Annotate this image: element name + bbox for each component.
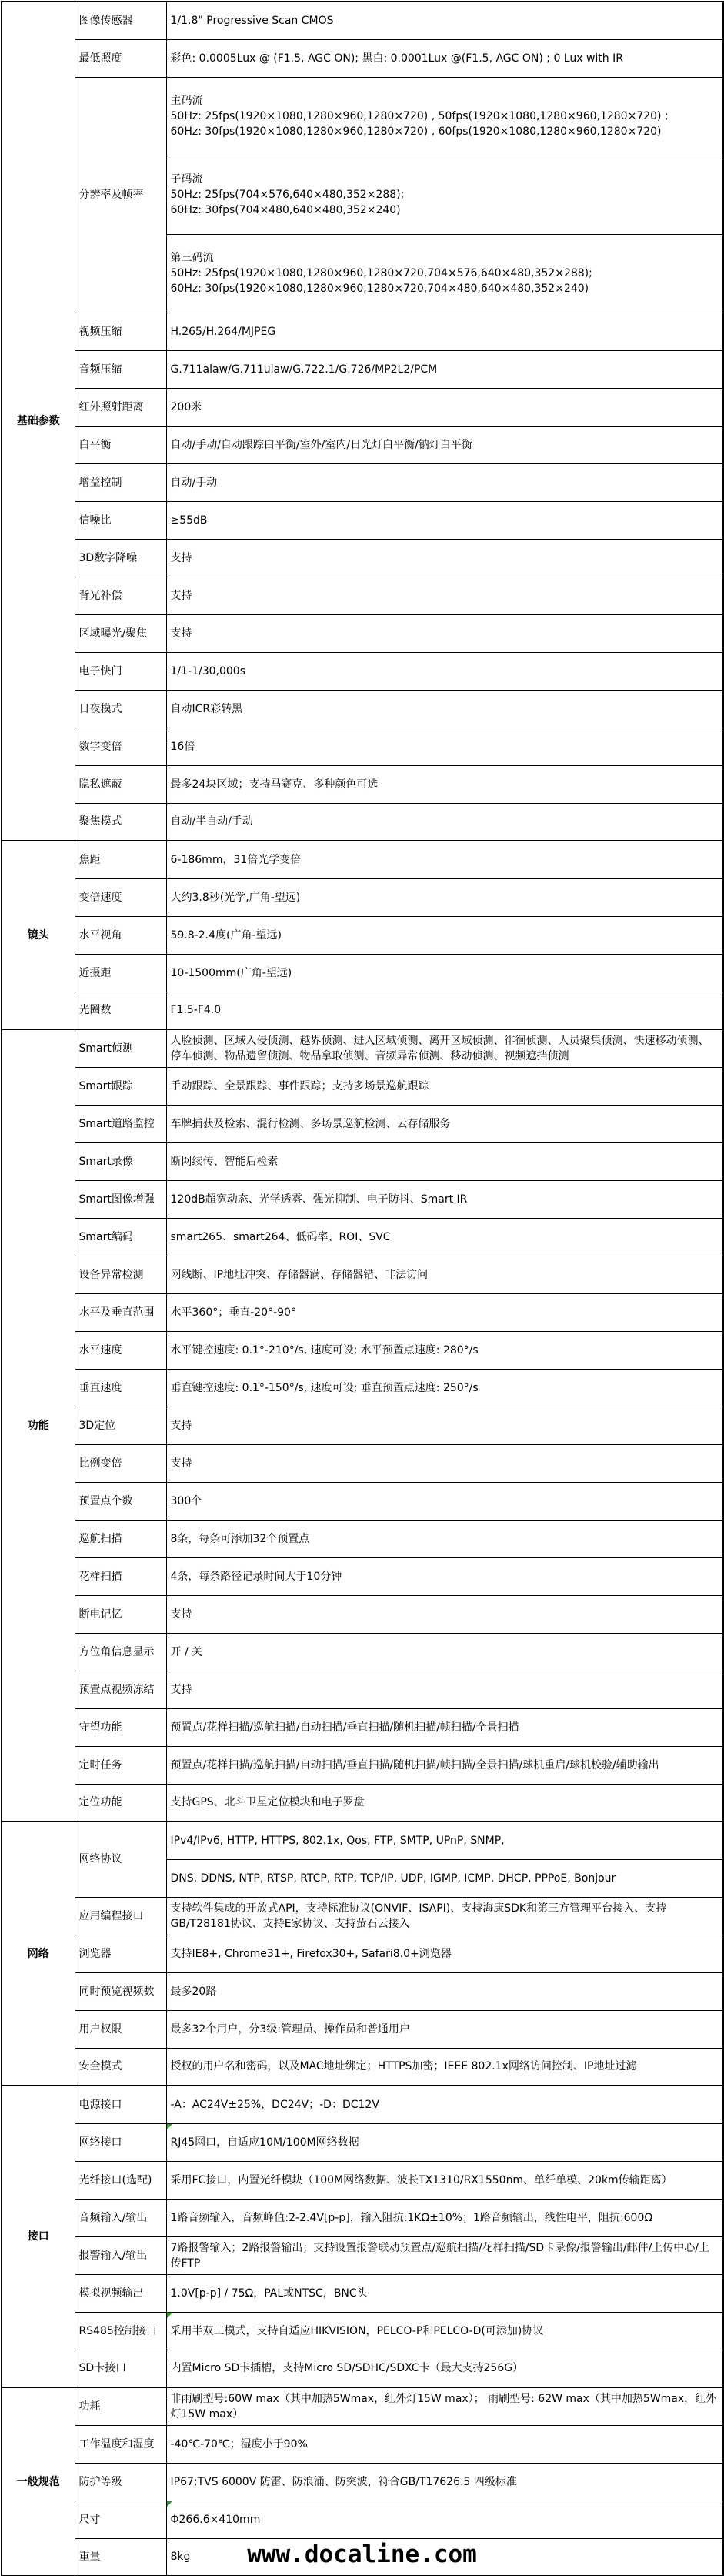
spec-value: -A：AC24V±25%，DC24V；-D：DC12V [166,2086,723,2123]
spec-value: 最多20路 [166,1972,723,2010]
table-row: 花样扫描4条，每条路径记录时间大于10分钟 [2,1557,723,1595]
spec-value: 手动跟踪、全景跟踪、事件跟踪；支持多场景巡航跟踪 [166,1067,723,1105]
spec-value: ≥55dB [166,501,723,539]
table-row: 信噪比≥55dB [2,501,723,539]
spec-value: 支持 [166,1407,723,1444]
table-row: 接口电源接口-A：AC24V±25%，DC24V；-D：DC12V [2,2086,723,2123]
spec-sheet: 基础参数图像传感器1/1.8" Progressive Scan CMOS最低照… [0,0,724,2576]
table-row: 镜头焦距6-186mm，31倍光学变倍 [2,841,723,878]
table-row: 守望功能预置点/花样扫描/巡航扫描/自动扫描/垂直扫描/随机扫描/帧扫描/全景扫… [2,1708,723,1746]
table-row: 基础参数图像传感器1/1.8" Progressive Scan CMOS [2,2,723,39]
spec-value: 自动/手动/自动跟踪白平衡/室外/室内/日光灯白平衡/钠灯白平衡 [166,426,723,463]
spec-value: 120dB超宽动态、光学透雾、强光抑制、电子防抖、Smart IR [166,1180,723,1218]
spec-value-line: 50Hz: 25fps(1920×1080,1280×960,1280×720,… [171,266,719,281]
spec-value-line: 第三码流 [171,250,719,266]
table-row: 最低照度彩色: 0.0005Lux @ (F1.5, AGC ON); 黑白: … [2,39,723,77]
spec-value: 预置点/花样扫描/巡航扫描/自动扫描/垂直扫描/随机扫描/帧扫描/全景扫描 [166,1708,723,1746]
spec-param-label: 视频压缩 [75,313,166,350]
table-row: 近摄距10-1500mm(广角-望远) [2,954,723,992]
table-row: 同时预览视频数最多20路 [2,1972,723,2010]
spec-value: 支持 [166,1595,723,1633]
table-row: 定位功能支持GPS、北斗卫星定位模块和电子罗盘 [2,1784,723,1822]
table-row: 水平及垂直范围水平360°；垂直-20°-90° [2,1293,723,1331]
spec-param-label: 安全模式 [75,2048,166,2086]
spec-value-line: 子码流 [171,172,719,187]
spec-param-label: 白平衡 [75,426,166,463]
spec-value: 200米 [166,388,723,426]
spec-value: 水平360°；垂直-20°-90° [166,1293,723,1331]
spec-param-label: 比例变倍 [75,1444,166,1482]
table-row: 方位角信息显示开 / 关 [2,1633,723,1671]
table-row: 报警输入/输出7路报警输入；2路报警输出；支持设置报警联动预置点/巡航扫描/花样… [2,2236,723,2274]
table-row: 3D数字降噪支持 [2,539,723,577]
spec-param-label: 垂直速度 [75,1369,166,1407]
table-row: Smart跟踪手动跟踪、全景跟踪、事件跟踪；支持多场景巡航跟踪 [2,1067,723,1105]
spec-param-label: 同时预览视频数 [75,1972,166,2010]
table-row: 断电记忆支持 [2,1595,723,1633]
spec-value: 自动ICR彩转黑 [166,690,723,728]
spec-param-label: 水平速度 [75,1331,166,1369]
spec-value: G.711alaw/G.711ulaw/G.722.1/G.726/MP2L2/… [166,350,723,388]
table-row: 定时任务预置点/花样扫描/巡航扫描/自动扫描/垂直扫描/随机扫描/帧扫描/全景扫… [2,1746,723,1784]
spec-param-label: 最低照度 [75,39,166,77]
comment-marker-icon [167,2124,172,2129]
spec-value: RJ45网口，自适应10M/100M网络数据 [166,2123,723,2161]
spec-param-label: 定时任务 [75,1746,166,1784]
spec-table: 基础参数图像传感器1/1.8" Progressive Scan CMOS最低照… [1,1,724,2576]
table-row: 背光补偿支持 [2,577,723,614]
spec-value: 水平键控速度: 0.1°-210°/s, 速度可设; 水平预置点速度: 280°… [166,1331,723,1369]
spec-param-label: 浏览器 [75,1935,166,1972]
spec-value: 采用半双工模式，支持自适应HIKVISION，PELCO-P和PELCO-D(可… [166,2312,723,2350]
table-row: 数字变倍16倍 [2,728,723,765]
table-row: 电子快门1/1-1/30,000s [2,652,723,690]
spec-value: 车牌捕获及检索、混行检测、多场景巡航检测、云存储服务 [166,1105,723,1142]
spec-value: 6-186mm，31倍光学变倍 [166,841,723,878]
spec-value: -40℃-70℃；湿度小于90% [166,2425,723,2463]
spec-param-label: 报警输入/输出 [75,2236,166,2274]
spec-value: Φ266.6×410mm [166,2501,723,2538]
spec-value-line: 主码流 [171,93,719,109]
spec-value: 支持 [166,1671,723,1708]
table-row: 模拟视频输出1.0V[p-p] / 75Ω，PAL或NTSC，BNC头 [2,2274,723,2312]
spec-param-label: 光圈数 [75,992,166,1029]
spec-param-label: 花样扫描 [75,1557,166,1595]
spec-value-line: 60Hz: 30fps(1920×1080,1280×960,1280×720)… [171,124,719,139]
spec-param-label: 断电记忆 [75,1595,166,1633]
spec-param-label: Smart跟踪 [75,1067,166,1105]
spec-param-label: SD卡接口 [75,2350,166,2387]
table-row: 工作温度和湿度-40℃-70℃；湿度小于90% [2,2425,723,2463]
spec-param-label: 定位功能 [75,1784,166,1822]
spec-param-label: 光纤接口(选配) [75,2161,166,2199]
table-row: 白平衡自动/手动/自动跟踪白平衡/室外/室内/日光灯白平衡/钠灯白平衡 [2,426,723,463]
table-row: 光纤接口(选配)采用FC接口，内置光纤模块（100M网络数据、波长TX1310/… [2,2161,723,2199]
watermark: www.docaline.com [0,2541,724,2568]
section-category: 基础参数 [2,2,75,841]
spec-param-label: 巡航扫描 [75,1520,166,1557]
table-row: SD卡接口内置Micro SD卡插槽，支持Micro SD/SDHC/SDXC卡… [2,2350,723,2387]
spec-param-label: Smart道路监控 [75,1105,166,1142]
section-category: 镜头 [2,841,75,1029]
section-category: 功能 [2,1029,75,1822]
spec-value: 支持GPS、北斗卫星定位模块和电子罗盘 [166,1784,723,1822]
spec-value: 8条，每条可添加32个预置点 [166,1520,723,1557]
table-row: 聚焦模式自动/半自动/手动 [2,803,723,841]
table-row: 红外照射距离200米 [2,388,723,426]
table-row: 区域曝光/聚焦支持 [2,614,723,652]
table-row: 比例变倍支持 [2,1444,723,1482]
spec-param-label: 设备异常检测 [75,1256,166,1293]
spec-param-label: 图像传感器 [75,2,166,39]
spec-param-label: 信噪比 [75,501,166,539]
spec-param-label: Smart编码 [75,1218,166,1256]
spec-param-label: 日夜模式 [75,690,166,728]
spec-value: IP67;TVS 6000V 防雷、防浪涌、防突波，符合GB/T17626.5 … [166,2463,723,2501]
spec-table-body: 基础参数图像传感器1/1.8" Progressive Scan CMOS最低照… [2,2,723,2576]
table-row: 预置点个数300个 [2,1482,723,1520]
spec-value: 1路音频输入，音频峰值:2-2.4V[p-p]，输入阻抗:1KΩ±10%；1路音… [166,2199,723,2236]
table-row: 巡航扫描8条，每条可添加32个预置点 [2,1520,723,1557]
spec-param-label: 电子快门 [75,652,166,690]
table-row: 变倍速度大约3.8秒(光学,广角-望远) [2,878,723,916]
spec-param-label: Smart侦测 [75,1029,166,1067]
spec-param-label: 预置点个数 [75,1482,166,1520]
spec-param-label: 音频输入/输出 [75,2199,166,2236]
spec-param-label: Smart图像增强 [75,1180,166,1218]
spec-param-label: 网络接口 [75,2123,166,2161]
table-row: Smart编码smart265、smart264、低码率、ROI、SVC [2,1218,723,1256]
spec-param-label: 隐私遮蔽 [75,765,166,803]
table-row: 视频压缩H.265/H.264/MJPEG [2,313,723,350]
spec-value: 支持 [166,539,723,577]
spec-param-label: 功耗 [75,2387,166,2425]
spec-value: 16倍 [166,728,723,765]
spec-value: 人脸侦测、区域入侵侦测、越界侦测、进入区域侦测、离开区域侦测、徘徊侦测、人员聚集… [166,1029,723,1067]
spec-value: 支持IE8+, Chrome31+, Firefox30+, Safari8.0… [166,1935,723,1972]
spec-value: 支持软件集成的开放式API，支持标准协议(ONVIF、ISAPI)、支持海康SD… [166,1897,723,1935]
table-row: 水平速度水平键控速度: 0.1°-210°/s, 速度可设; 水平预置点速度: … [2,1331,723,1369]
table-row: 水平视角59.8-2.4度(广角-望远) [2,916,723,954]
spec-value: 开 / 关 [166,1633,723,1671]
spec-param-label: 3D数字降噪 [75,539,166,577]
spec-value: 第三码流50Hz: 25fps(1920×1080,1280×960,1280×… [166,234,723,313]
table-row: 网络接口RJ45网口，自适应10M/100M网络数据 [2,2123,723,2161]
table-row: 音频输入/输出1路音频输入，音频峰值:2-2.4V[p-p]，输入阻抗:1KΩ±… [2,2199,723,2236]
spec-param-label: 尺寸 [75,2501,166,2538]
spec-value: 断网续传、智能后检索 [166,1142,723,1180]
section-category: 接口 [2,2086,75,2387]
table-row: 安全模式授权的用户名和密码，以及MAC地址绑定；HTTPS加密；IEEE 802… [2,2048,723,2086]
spec-value: 支持 [166,1444,723,1482]
table-row: Smart图像增强120dB超宽动态、光学透雾、强光抑制、电子防抖、Smart … [2,1180,723,1218]
spec-param-label: 增益控制 [75,463,166,501]
spec-param-label: RS485控制接口 [75,2312,166,2350]
table-row: 浏览器支持IE8+, Chrome31+, Firefox30+, Safari… [2,1935,723,1972]
spec-param-label: 区域曝光/聚焦 [75,614,166,652]
spec-param-label: 背光补偿 [75,577,166,614]
table-row: 功能Smart侦测人脸侦测、区域入侵侦测、越界侦测、进入区域侦测、离开区域侦测、… [2,1029,723,1067]
spec-param-label: 守望功能 [75,1708,166,1746]
table-row: 3D定位支持 [2,1407,723,1444]
spec-value: DNS, DDNS, NTP, RTSP, RTCP, RTP, TCP/IP,… [166,1859,723,1897]
spec-value: 1.0V[p-p] / 75Ω，PAL或NTSC，BNC头 [166,2274,723,2312]
spec-param-label: 分辨率及帧率 [75,77,166,313]
spec-param-label: 水平及垂直范围 [75,1293,166,1331]
spec-value-line: 60Hz: 30fps(1920×1080,1280×960,1280×720,… [171,281,719,296]
table-row: 用户权限最多32个用户，分3级:管理员、操作员和普通用户 [2,2010,723,2048]
spec-value-line: 50Hz: 25fps(1920×1080,1280×960,1280×720)… [171,109,719,124]
table-row: 应用编程接口支持软件集成的开放式API，支持标准协议(ONVIF、ISAPI)、… [2,1897,723,1935]
spec-param-label: 模拟视频输出 [75,2274,166,2312]
spec-param-label: 预置点视频冻结 [75,1671,166,1708]
comment-marker-icon [167,2501,172,2507]
table-row: 预置点视频冻结支持 [2,1671,723,1708]
spec-param-label: 焦距 [75,841,166,878]
spec-param-label: 聚焦模式 [75,803,166,841]
spec-value: 子码流50Hz: 25fps(704×576,640×480,352×288);… [166,156,723,234]
spec-param-label: 数字变倍 [75,728,166,765]
spec-value: 主码流50Hz: 25fps(1920×1080,1280×960,1280×7… [166,77,723,156]
spec-param-label: 红外照射距离 [75,388,166,426]
table-row: 一般规范功耗非雨刷型号:60W max（其中加热5Wmax，红外灯15W max… [2,2387,723,2425]
spec-value: 支持 [166,577,723,614]
comment-marker-icon [167,2313,172,2318]
table-row: 垂直速度垂直键控速度: 0.1°-150°/s, 速度可设; 垂直预置点速度: … [2,1369,723,1407]
table-row: 光圈数F1.5-F4.0 [2,992,723,1029]
spec-value: 自动/手动 [166,463,723,501]
spec-param-label: 音频压缩 [75,350,166,388]
section-category: 网络 [2,1822,75,2086]
spec-value: 网线断、IP地址冲突、存储器满、存储器错、非法访问 [166,1256,723,1293]
spec-value: 预置点/花样扫描/巡航扫描/自动扫描/垂直扫描/随机扫描/帧扫描/全景扫描/球机… [166,1746,723,1784]
table-row: RS485控制接口采用半双工模式，支持自适应HIKVISION，PELCO-P和… [2,2312,723,2350]
spec-value-line: 60Hz: 30fps(704×480,640×480,352×240) [171,202,719,218]
spec-value: 7路报警输入；2路报警输出；支持设置报警联动预置点/巡航扫描/花样扫描/SD卡录… [166,2236,723,2274]
table-row: Smart录像断网续传、智能后检索 [2,1142,723,1180]
spec-param-label: 水平视角 [75,916,166,954]
spec-value: 大约3.8秒(光学,广角-望远) [166,878,723,916]
spec-param-label: Smart录像 [75,1142,166,1180]
spec-value: 自动/半自动/手动 [166,803,723,841]
spec-param-label: 用户权限 [75,2010,166,2048]
spec-param-label: 变倍速度 [75,878,166,916]
spec-param-label: 网络协议 [75,1822,166,1897]
table-row: 日夜模式自动ICR彩转黑 [2,690,723,728]
spec-param-label: 方位角信息显示 [75,1633,166,1671]
spec-param-label: 3D定位 [75,1407,166,1444]
spec-value: F1.5-F4.0 [166,992,723,1029]
spec-param-label: 电源接口 [75,2086,166,2123]
spec-param-label: 工作温度和湿度 [75,2425,166,2463]
spec-value: 1/1.8" Progressive Scan CMOS [166,2,723,39]
spec-value: 300个 [166,1482,723,1520]
table-row: 隐私遮蔽最多24块区域；支持马赛克、多种颜色可选 [2,765,723,803]
spec-value-line: 50Hz: 25fps(704×576,640×480,352×288); [171,187,719,202]
table-row: 网络网络协议IPv4/IPv6, HTTP, HTTPS, 802.1x, Qo… [2,1822,723,1859]
spec-value: 59.8-2.4度(广角-望远) [166,916,723,954]
spec-value: 4条，每条路径记录时间大于10分钟 [166,1557,723,1595]
table-row: 音频压缩G.711alaw/G.711ulaw/G.722.1/G.726/MP… [2,350,723,388]
spec-value: 最多24块区域；支持马赛克、多种颜色可选 [166,765,723,803]
table-row: 设备异常检测网线断、IP地址冲突、存储器满、存储器错、非法访问 [2,1256,723,1293]
spec-value: IPv4/IPv6, HTTP, HTTPS, 802.1x, Qos, FTP… [166,1822,723,1859]
table-row: 尺寸Φ266.6×410mm [2,2501,723,2538]
table-row: 分辨率及帧率主码流50Hz: 25fps(1920×1080,1280×960,… [2,77,723,156]
table-row: Smart道路监控车牌捕获及检索、混行检测、多场景巡航检测、云存储服务 [2,1105,723,1142]
spec-param-label: 应用编程接口 [75,1897,166,1935]
spec-value: 最多32个用户，分3级:管理员、操作员和普通用户 [166,2010,723,2048]
spec-value: 10-1500mm(广角-望远) [166,954,723,992]
spec-value: 1/1-1/30,000s [166,652,723,690]
spec-value: 垂直键控速度: 0.1°-150°/s, 速度可设; 垂直预置点速度: 250°… [166,1369,723,1407]
spec-value: 内置Micro SD卡插槽，支持Micro SD/SDHC/SDXC卡（最大支持… [166,2350,723,2387]
spec-value: 采用FC接口，内置光纤模块（100M网络数据、波长TX1310/RX1550nm… [166,2161,723,2199]
spec-value: 彩色: 0.0005Lux @ (F1.5, AGC ON); 黑白: 0.00… [166,39,723,77]
table-row: 增益控制自动/手动 [2,463,723,501]
spec-value: 支持 [166,614,723,652]
spec-value: H.265/H.264/MJPEG [166,313,723,350]
spec-value: smart265、smart264、低码率、ROI、SVC [166,1218,723,1256]
table-row: 防护等级IP67;TVS 6000V 防雷、防浪涌、防突波，符合GB/T1762… [2,2463,723,2501]
spec-param-label: 近摄距 [75,954,166,992]
spec-value: 非雨刷型号:60W max（其中加热5Wmax，红外灯15W max）； 雨刷型… [166,2387,723,2425]
spec-param-label: 防护等级 [75,2463,166,2501]
spec-value: 授权的用户名和密码，以及MAC地址绑定；HTTPS加密；IEEE 802.1x网… [166,2048,723,2086]
